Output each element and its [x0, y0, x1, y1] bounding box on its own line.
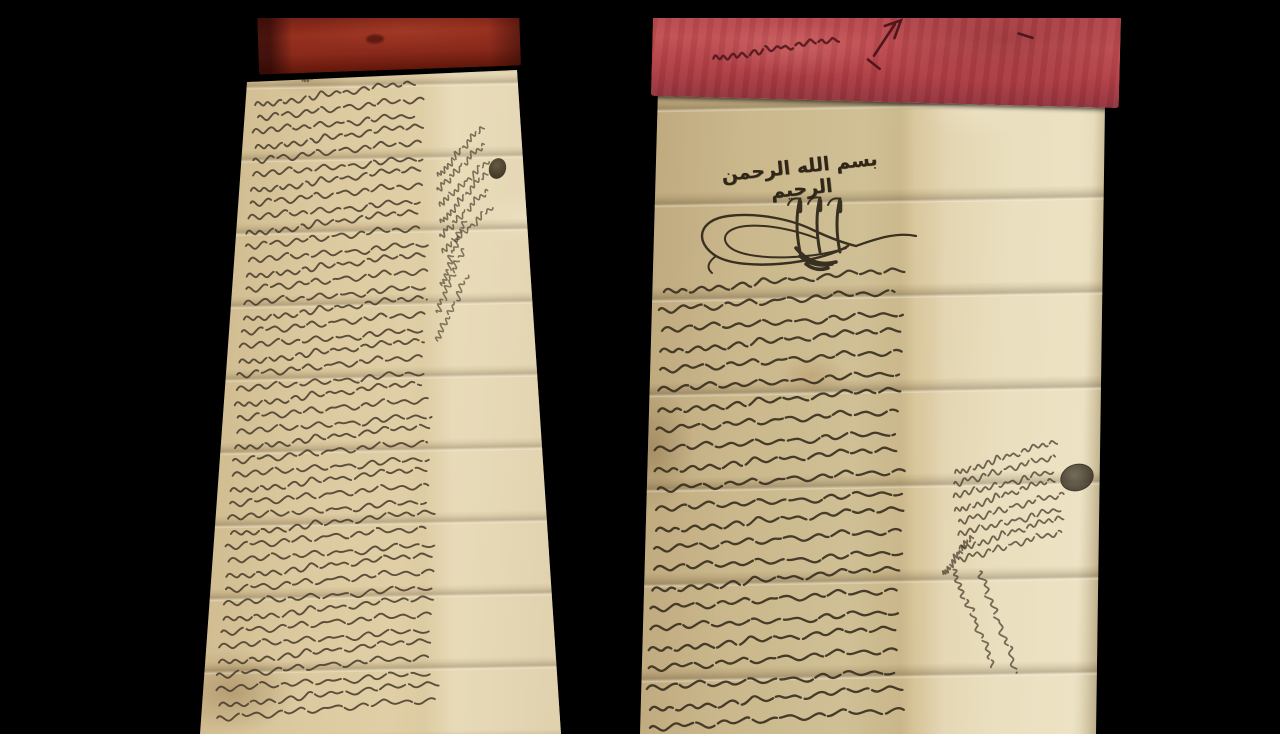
left-scroll-marginal-note	[427, 126, 501, 254]
left-scroll-document	[195, 18, 575, 734]
left-scroll-text-block	[216, 82, 438, 721]
right-scroll-marginal-note-vertical	[953, 565, 1018, 676]
right-scroll-marginal-note-upper	[952, 440, 1066, 562]
red-band-annotation	[713, 35, 839, 62]
red-band-markings	[651, 18, 1121, 108]
left-scroll-red-band	[257, 18, 521, 75]
photo-stage: بسم الله الرحمن الرحيم	[0, 18, 1280, 734]
red-band-archival-mark	[868, 20, 1033, 73]
right-scroll-red-band	[651, 18, 1121, 108]
left-scroll-marginal-note-lower	[421, 219, 482, 341]
left-scroll-red-band-smudge	[366, 34, 384, 44]
right-scroll-document: بسم الله الرحمن الرحيم	[638, 18, 1123, 734]
left-scroll-handwriting	[195, 18, 575, 734]
right-scroll-handwriting	[638, 18, 1123, 734]
right-scroll-text-block	[647, 269, 905, 731]
left-scroll-parchment	[195, 18, 575, 734]
right-scroll-parchment: بسم الله الرحمن الرحيم	[638, 18, 1123, 734]
